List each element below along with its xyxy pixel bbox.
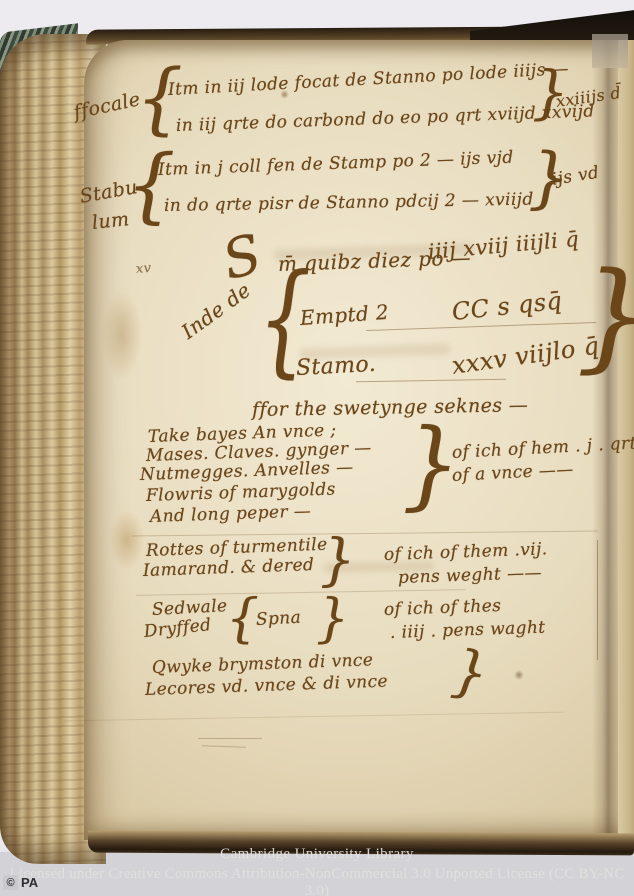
parchment-freckle <box>514 670 524 680</box>
ms-brace-group3-close: } <box>316 596 349 643</box>
ms-pen-mark <box>198 738 262 739</box>
parchment-stain <box>110 510 144 570</box>
pa-credit-label: PA <box>21 875 38 890</box>
ms-brace-dose2: } <box>320 536 356 586</box>
caption-library: Cambridge University Library <box>0 846 634 863</box>
manuscript-photograph: ffocale { Itm in iij lode focat de Stann… <box>0 0 634 896</box>
ms-margin-lum: lum <box>91 208 131 234</box>
ms-brace-group4: } <box>449 646 491 701</box>
caption-license: Licensed under Creative Commons Attribut… <box>0 866 634 896</box>
copyright-icon: © <box>3 875 18 890</box>
pa-credit: © PA <box>3 875 38 890</box>
ms-group3-mid: Spna <box>255 608 301 630</box>
ms-margin-stroke <box>597 540 598 660</box>
parchment-stain <box>102 290 142 380</box>
ms-brace-summary: } <box>576 262 634 368</box>
ms-brace-group3-open: { <box>226 596 259 643</box>
ms-xv-mark: xv <box>135 261 152 277</box>
ms-stanno-label: Stamo. <box>295 352 376 381</box>
ms-dose3-line1: of ich of thes <box>384 596 502 620</box>
spine-worn-patch <box>592 34 628 68</box>
